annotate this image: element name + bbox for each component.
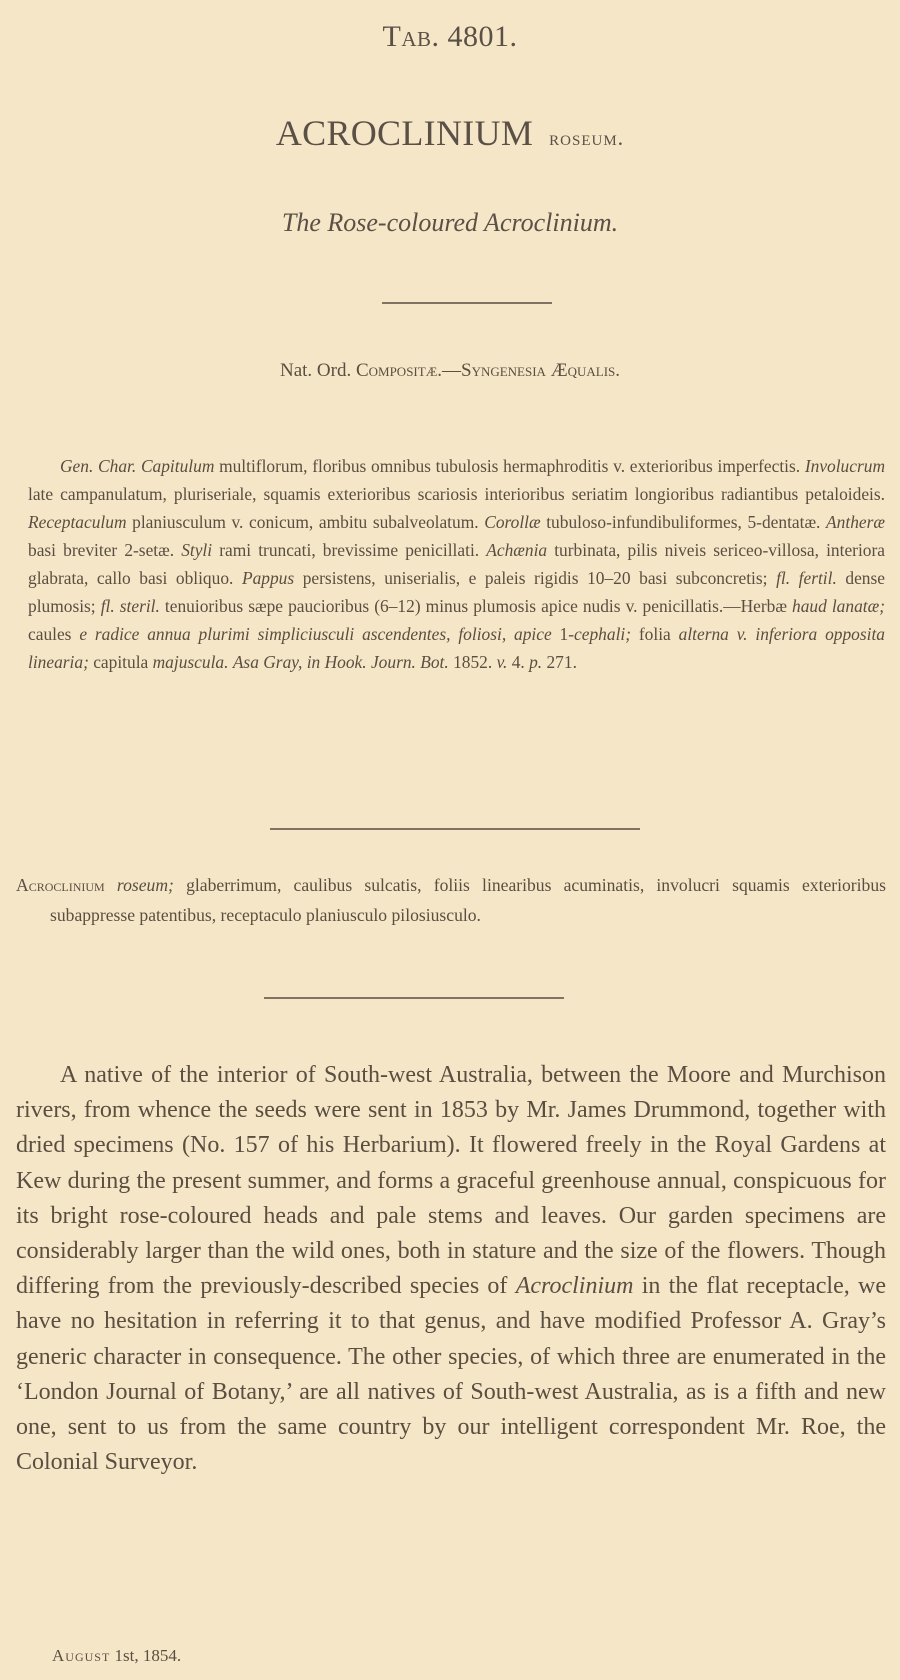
common-name: The Rose-coloured Acroclinium. <box>0 208 900 238</box>
natural-order-prefix: Nat. Ord. <box>280 360 351 381</box>
date-day: 1st, <box>115 1646 139 1665</box>
gen-char-text: Capitulum multiflorum, floribus omnibus … <box>28 456 885 672</box>
text-run: folia <box>631 624 679 644</box>
tab-prefix: Tab. <box>383 20 440 53</box>
sp-species: roseum; <box>117 875 174 895</box>
italic-term: fl. fertil. <box>776 568 837 588</box>
date-month: August <box>52 1646 110 1665</box>
genus-name: ACROCLINIUM <box>276 113 533 153</box>
italic-term: Antheræ <box>826 512 885 532</box>
italic-term: Receptaculum <box>28 512 127 532</box>
italic-term: Corollæ <box>484 512 540 532</box>
gen-char-label: Gen. Char. <box>60 456 136 476</box>
italic-term: p. <box>529 652 542 672</box>
sp-genus: Acroclinium <box>16 875 105 895</box>
divider <box>382 302 552 304</box>
generic-character: Gen. Char. Capitulum multiflorum, florib… <box>28 452 885 676</box>
tab-number: 4801. <box>448 20 518 53</box>
sp-text: glaberrimum, caulibus sulcatis, foliis l… <box>50 875 886 925</box>
italic-term: v. <box>497 652 508 672</box>
text-run: caules <box>28 624 79 644</box>
divider <box>270 828 640 830</box>
text-run: tenuioribus sæpe paucioribus (6–12) minu… <box>160 596 792 616</box>
italic-term: cephali; <box>574 624 631 644</box>
text-run: late campanulatum, pluriseriale, squamis… <box>28 484 885 504</box>
italic-term: Pappus <box>242 568 294 588</box>
text-run: basi breviter 2-setæ. <box>28 540 181 560</box>
description-part1: A native of the interior of South-west A… <box>16 1062 886 1299</box>
text-run: persistens, uniserialis, e paleis rigidi… <box>294 568 776 588</box>
italic-term: haud lanatæ; <box>792 596 885 616</box>
text-run: capitula <box>89 652 153 672</box>
specific-character: Acroclinium roseum; glaberrimum, caulibu… <box>16 870 886 930</box>
italic-term: fl. steril. <box>101 596 160 616</box>
plate-number: Tab. 4801. <box>0 20 900 54</box>
italic-term: Involucrum <box>805 456 885 476</box>
description-genus: Acroclinium <box>516 1273 634 1299</box>
italic-term: e radice annua plurimi simpliciusculi as… <box>79 624 551 644</box>
description-part2: in the flat receptacle, we have no hesit… <box>16 1273 886 1475</box>
text-run: 1- <box>552 624 574 644</box>
italic-term: Asa Gray, in Hook. Journ. Bot. <box>233 652 449 672</box>
italic-term: Styli <box>181 540 212 560</box>
date-line: August 1st, 1854. <box>52 1646 181 1666</box>
text-run: planiusculum v. conicum, ambitu subalveo… <box>127 512 485 532</box>
natural-order: Nat. Ord. Compositæ.—Syngenesia Æqualis. <box>0 360 900 382</box>
text-run: 4. <box>507 652 529 672</box>
description: A native of the interior of South-west A… <box>16 1058 886 1480</box>
text-run: rami truncati, brevissime penicillati. <box>212 540 486 560</box>
text-run: 1852. <box>449 652 497 672</box>
divider <box>264 997 564 999</box>
italic-term: Capitulum <box>141 456 214 476</box>
natural-order-name: Compositæ.—Syngenesia Æqualis. <box>356 360 620 381</box>
text-run: tubuloso-infundibuliformes, 5-dentatæ. <box>541 512 826 532</box>
italic-term: Achænia <box>486 540 547 560</box>
species-name: roseum. <box>549 125 624 150</box>
italic-term: majuscula. <box>153 652 229 672</box>
text-run: 271. <box>542 652 577 672</box>
species-title: ACROCLINIUM roseum. <box>0 112 900 154</box>
date-year: 1854. <box>143 1646 181 1665</box>
text-run: multiflorum, floribus omnibus tubulosis … <box>214 456 804 476</box>
botanical-page: Tab. 4801. ACROCLINIUM roseum. The Rose-… <box>0 0 900 1680</box>
